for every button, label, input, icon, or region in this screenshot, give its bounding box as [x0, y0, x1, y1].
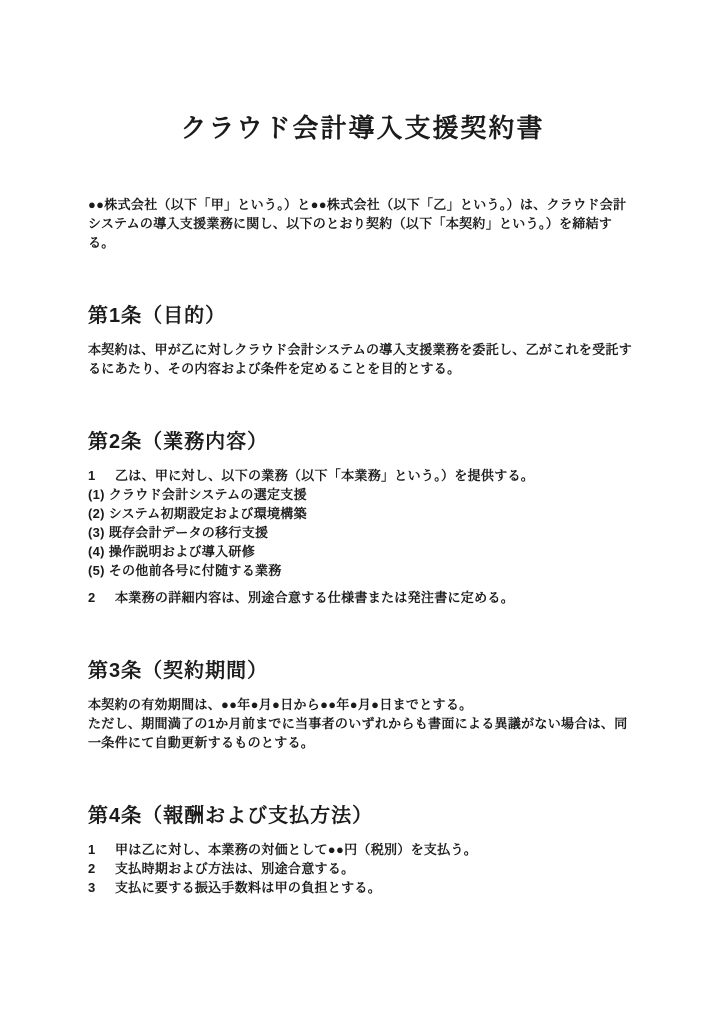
clause-text: 本業務の詳細内容は、別途合意する仕様書または発注書に定める。 [115, 588, 637, 607]
article-4-payment: 第4条（報酬および支払方法） 1 甲は乙に対し、本業務の対価として●●円（税別）… [88, 802, 637, 897]
clause-number: 1 [88, 466, 115, 485]
article-4-clause-1: 1 甲は乙に対し、本業務の対価として●●円（税別）を支払う。 [88, 840, 637, 859]
clause-text: 甲は乙に対し、本業務の対価として●●円（税別）を支払う。 [115, 840, 637, 859]
service-item-4: (4) 操作説明および導入研修 [88, 542, 637, 561]
service-item-2: (2) システム初期設定および環境構築 [88, 504, 637, 523]
service-item-1: (1) クラウド会計システムの選定支援 [88, 485, 637, 504]
article-3-paragraph-1: 本契約の有効期間は、●●年●月●日から●●年●月●日までとする。 [88, 695, 637, 714]
article-2-heading: 第2条（業務内容） [88, 428, 637, 456]
clause-number: 3 [88, 878, 115, 897]
article-3-paragraph-2: ただし、期間満了の1か月前までに当事者のいずれからも書面による異議がない場合は、… [88, 714, 637, 752]
article-1-paragraph: 本契約は、甲が乙に対しクラウド会計システムの導入支援業務を委託し、乙がこれを受託… [88, 340, 637, 378]
article-3-term: 第3条（契約期間） 本契約の有効期間は、●●年●月●日から●●年●月●日までとす… [88, 657, 637, 752]
article-2-services: 第2条（業務内容） 1 乙は、甲に対し、以下の業務（以下「本業務」という。）を提… [88, 428, 637, 607]
clause-text: 支払に要する振込手数料は甲の負担とする。 [115, 878, 637, 897]
service-item-3: (3) 既存会計データの移行支援 [88, 523, 637, 542]
clause-number: 2 [88, 588, 115, 607]
article-4-heading: 第4条（報酬および支払方法） [88, 802, 637, 830]
document-title: クラウド会計導入支援契約書 [88, 110, 637, 147]
article-1-heading: 第1条（目的） [88, 302, 637, 330]
article-4-clause-2: 2 支払時期および方法は、別途合意する。 [88, 859, 637, 878]
clause-text: 乙は、甲に対し、以下の業務（以下「本業務」という。）を提供する。 [115, 466, 637, 485]
article-3-heading: 第3条（契約期間） [88, 657, 637, 685]
service-item-list: (1) クラウド会計システムの選定支援 (2) システム初期設定および環境構築 … [88, 485, 637, 580]
article-4-clause-3: 3 支払に要する振込手数料は甲の負担とする。 [88, 878, 637, 897]
document-page: クラウド会計導入支援契約書 ●●株式会社（以下「甲」という。）と●●株式会社（以… [0, 0, 724, 1024]
article-1-purpose: 第1条（目的） 本契約は、甲が乙に対しクラウド会計システムの導入支援業務を委託し… [88, 302, 637, 378]
article-2-clause-2: 2 本業務の詳細内容は、別途合意する仕様書または発注書に定める。 [88, 588, 637, 607]
intro-paragraph: ●●株式会社（以下「甲」という。）と●●株式会社（以下「乙」という。）は、クラウ… [88, 195, 637, 252]
clause-number: 2 [88, 859, 115, 878]
clause-number: 1 [88, 840, 115, 859]
article-2-clause-1: 1 乙は、甲に対し、以下の業務（以下「本業務」という。）を提供する。 [88, 466, 637, 485]
clause-text: 支払時期および方法は、別途合意する。 [115, 859, 637, 878]
service-item-5: (5) その他前各号に付随する業務 [88, 561, 637, 580]
